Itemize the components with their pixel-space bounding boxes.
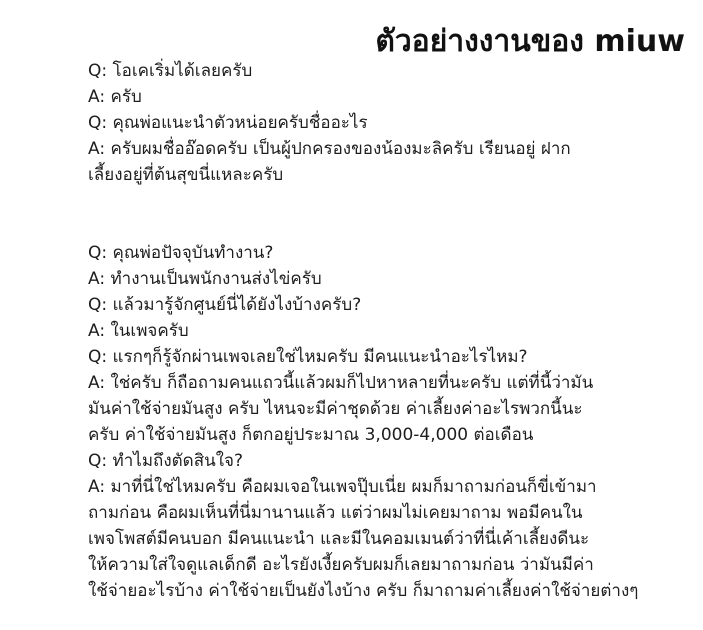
- transcript-line-question: Q: คุณพ่อปัจจุบันทำงาน?: [88, 240, 688, 266]
- interview-transcript: Q: โอเคเริ่มได้เลยครับ A: ครับ Q: คุณพ่อ…: [88, 58, 688, 604]
- transcript-line-question: Q: ทำไมถึงตัดสินใจ?: [88, 448, 688, 474]
- transcript-line-answer-cont: ใช้จ่ายอะไรบ้าง ค่าใช้จ่ายเป็นยังไงบ้าง …: [88, 578, 688, 604]
- transcript-line-question: Q: โอเคเริ่มได้เลยครับ: [88, 58, 688, 84]
- transcript-line-answer-cont: เพจโพสต์มีคนบอก มีคนแนะนำ และมีในคอมเมนต…: [88, 526, 688, 552]
- transcript-line-answer: A: ครับ: [88, 84, 688, 110]
- transcript-line-answer-cont: ถามก่อน คือผมเห็นที่นี่มานานแล้ว แต่ว่าผ…: [88, 500, 688, 526]
- transcript-line-answer-cont: ให้ความใส่ใจดูแลเด็กดี อะไรยังเงี้ยครับผ…: [88, 552, 688, 578]
- transcript-line-answer: A: ทำงานเป็นพนักงานส่งไข่ครับ: [88, 266, 688, 292]
- transcript-line-answer-cont: ครับ ค่าใช้จ่ายมันสูง ก็ตกอยู่ประมาณ 3,0…: [88, 422, 688, 448]
- transcript-line-answer-cont: มันค่าใช้จ่ายมันสูง ครับ ไหนจะมีค่าชุดด้…: [88, 396, 688, 422]
- transcript-line-answer: A: มาที่นี่ใช่ไหมครับ คือผมเจอในเพจปุ๊บเ…: [88, 474, 688, 500]
- paragraph-spacer: [88, 188, 688, 214]
- transcript-line-question: Q: แล้วมารู้จักศูนย์นี่ได้ยังไงบ้างครับ?: [88, 292, 688, 318]
- document-title: ตัวอย่างงานของ miuw: [375, 22, 685, 62]
- transcript-line-answer-cont: เลี้ยงอยู่ที่ต้นสุขนี่แหละครับ: [88, 162, 688, 188]
- transcript-line-question: Q: แรกๆก็รู้จักผ่านเพจเลยใช่ไหมครับ มีคน…: [88, 344, 688, 370]
- transcript-line-question: Q: คุณพ่อแนะนำตัวหน่อยครับชื่ออะไร: [88, 110, 688, 136]
- transcript-line-answer: A: ใช่ครับ ก็ถือถามคนแถวนี้แล้วผมก็ไปหาห…: [88, 370, 688, 396]
- paragraph-spacer: [88, 214, 688, 240]
- transcript-line-answer: A: ในเพจครับ: [88, 318, 688, 344]
- transcript-line-answer: A: ครับผมชื่ออ๊อดครับ เป็นผู้ปกครองของน้…: [88, 136, 688, 162]
